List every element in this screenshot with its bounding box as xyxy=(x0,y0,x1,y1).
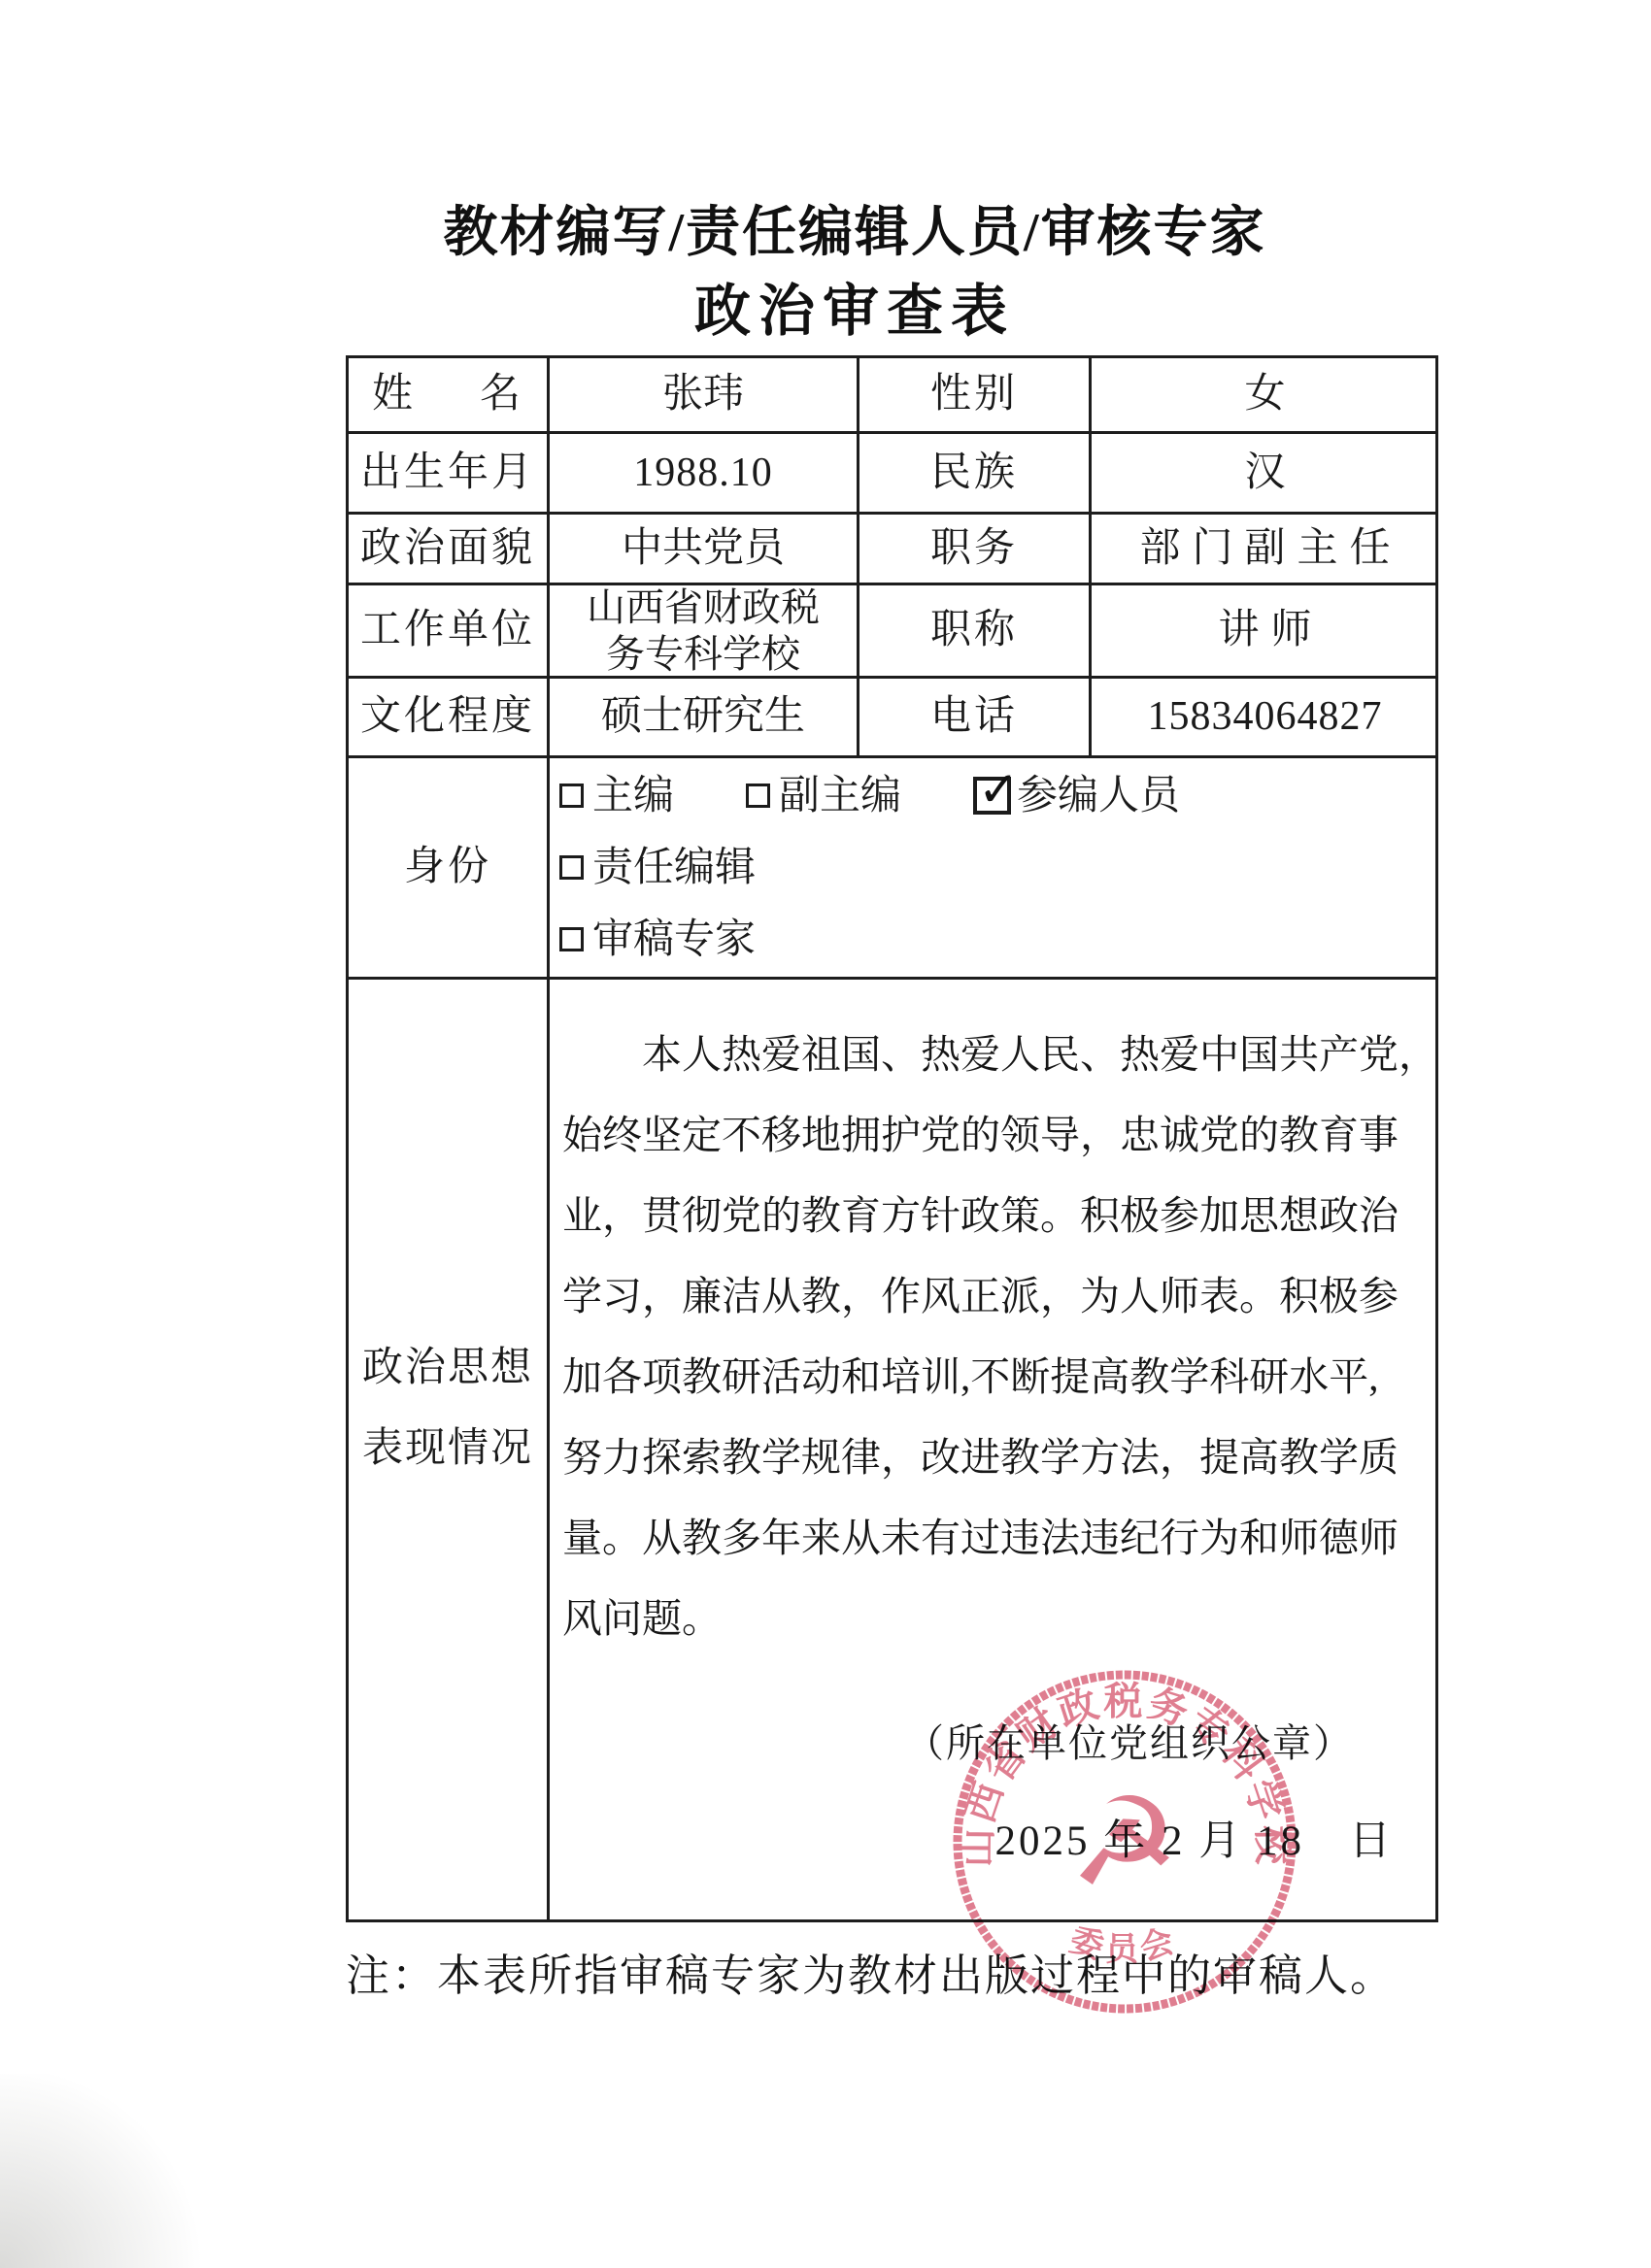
identity-options-cell: ✓ 主编 ✓ 副主编 ✓ 参编人员 ✓ 责任编辑 xyxy=(550,758,1438,980)
value-work-unit: 山西省财政税 务专科学校 xyxy=(550,585,859,679)
value-name: 张玮 xyxy=(550,358,859,434)
identity-option-line-1: ✓ 主编 ✓ 副主编 ✓ 参编人员 xyxy=(559,771,1438,821)
checkbox-checked-icon: ✓ xyxy=(973,777,1011,815)
value-gender: 女 xyxy=(1092,358,1438,434)
identity-option-deputy-editor: ✓ 副主编 xyxy=(746,771,901,821)
identity-option-review-expert: ✓ 审稿专家 xyxy=(559,915,756,965)
identity-option-label: 参编人员 xyxy=(1017,771,1180,821)
label-political-thought: 政治思想 表现情况 xyxy=(349,980,550,1919)
label-ethnicity: 民族 xyxy=(859,434,1092,515)
checkbox-unchecked-icon: ✓ xyxy=(746,784,770,808)
identity-option-label: 主编 xyxy=(592,771,674,821)
label-name: 姓名 xyxy=(349,358,550,434)
scan-corner-shade xyxy=(0,2074,214,2268)
checkbox-unchecked-icon: ✓ xyxy=(559,927,584,951)
page-title-line1: 教材编写/责任编辑人员/审核专家 xyxy=(29,199,1651,267)
date-line: 2025 年 2 月 18 日 xyxy=(562,1815,1394,1869)
scanned-form-page: 教材编写/责任编辑人员/审核专家 政治审查表 姓名 张玮 性别 女 出生年月 1… xyxy=(0,0,1651,2268)
value-phone: 15834064827 xyxy=(1092,679,1438,758)
seal-caption: （所在单位党组织公章） xyxy=(562,1717,1354,1771)
value-title: 讲师 xyxy=(1092,585,1438,679)
identity-option-responsible-editor: ✓ 责任编辑 xyxy=(559,843,756,893)
value-birthdate: 1988.10 xyxy=(550,434,859,515)
value-ethnicity: 汉 xyxy=(1092,434,1438,515)
label-education: 文化程度 xyxy=(349,679,550,758)
page-title-line2: 政治审查表 xyxy=(29,277,1651,347)
checkbox-unchecked-icon: ✓ xyxy=(559,855,584,880)
label-work-unit: 工作单位 xyxy=(349,585,550,679)
label-name-text: 姓名 xyxy=(349,371,547,417)
political-thought-cell: 本人热爱祖国、热爱人民、热爱中国共产党， 始终坚定不移地拥护党的领导，忠诚党的教… xyxy=(550,980,1438,1919)
value-position: 部门副主任 xyxy=(1092,515,1438,585)
footnote: 注：本表所指审稿专家为教材出版过程中的审稿人。 xyxy=(346,1948,1396,2004)
checkbox-unchecked-icon: ✓ xyxy=(559,784,584,808)
identity-option-label: 副主编 xyxy=(779,771,901,821)
label-gender: 性别 xyxy=(859,358,1092,434)
label-identity: 身份 xyxy=(349,758,550,980)
label-phone: 电话 xyxy=(859,679,1092,758)
identity-option-line-2: ✓ 责任编辑 xyxy=(559,843,1438,893)
label-birthdate: 出生年月 xyxy=(349,434,550,515)
value-political-status: 中共党员 xyxy=(550,515,859,585)
label-title: 职称 xyxy=(859,585,1092,679)
identity-option-line-3: ✓ 审稿专家 xyxy=(559,915,1438,965)
check-icon: ✓ xyxy=(978,765,1019,814)
political-thought-paragraph: 本人热爱祖国、热爱人民、热爱中国共产党， 始终坚定不移地拥护党的领导，忠诚党的教… xyxy=(562,1015,1438,1659)
label-position: 职务 xyxy=(859,515,1092,585)
label-political-status: 政治面貌 xyxy=(349,515,550,585)
identity-option-label: 审稿专家 xyxy=(592,915,756,965)
identity-option-label: 责任编辑 xyxy=(592,843,756,893)
review-form-table: 姓名 张玮 性别 女 出生年月 1988.10 民族 汉 政治面貌 中共党员 职… xyxy=(346,355,1438,1922)
value-education: 硕士研究生 xyxy=(550,679,859,758)
identity-option-contributor: ✓ 参编人员 xyxy=(973,771,1180,821)
identity-option-chief-editor: ✓ 主编 xyxy=(559,771,674,821)
